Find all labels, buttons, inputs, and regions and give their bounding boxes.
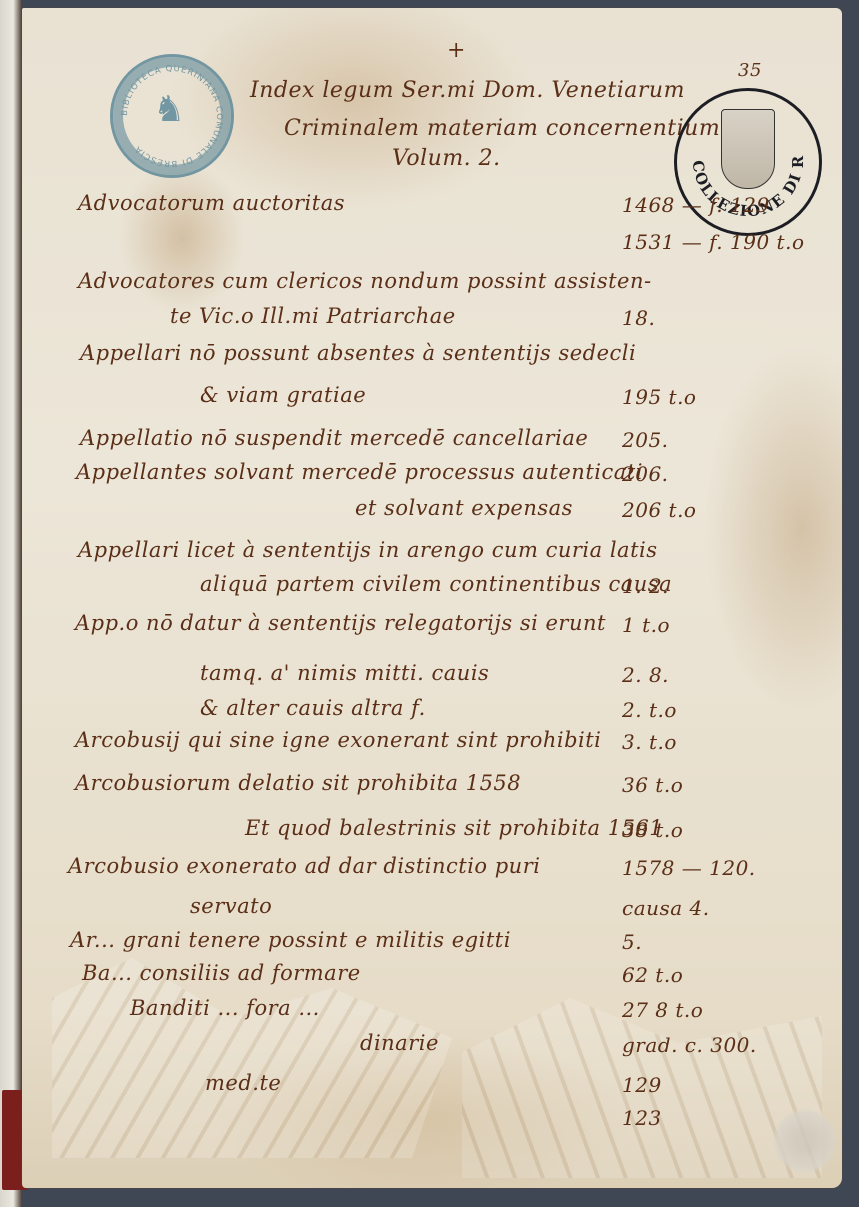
- index-entry-folio-ref: 206 t.o: [622, 498, 696, 522]
- index-entry-text: Arcobusij qui sine igne exonerant sint p…: [75, 728, 601, 752]
- index-entry-folio-ref: 123: [622, 1106, 662, 1130]
- index-entry-text: servato: [190, 894, 272, 918]
- title-line-1: Index legum Ser.mi Dom. Venetiarum: [250, 78, 685, 103]
- index-entry-folio-ref: grad. c. 300.: [622, 1033, 757, 1057]
- index-entry-text: Ar... grani tenere possint e militis egi…: [70, 928, 511, 952]
- paper-damage-left: [52, 958, 452, 1158]
- index-entry-text: Advocatores cum clericos nondum possint …: [78, 269, 652, 293]
- index-entry-folio-ref: 1 t.o: [622, 613, 670, 637]
- index-entry-folio-ref: 2. 8.: [622, 663, 669, 687]
- index-entry-text: & viam gratiae: [200, 383, 366, 407]
- index-entry-folio-ref: causa 4.: [622, 896, 710, 920]
- index-entry-text: Appellantes solvant mercedē processus au…: [76, 460, 643, 484]
- index-entry-text: Arcobusiorum delatio sit prohibita 1558: [75, 771, 521, 795]
- index-entry-text: & alter cauis altra f.: [200, 696, 426, 720]
- index-entry-text: Banditi ... fora ...: [130, 996, 320, 1020]
- index-entry-text: Appellatio nō suspendit mercedē cancella…: [80, 426, 588, 450]
- index-entry-folio-ref: 27 8 t.o: [622, 998, 703, 1022]
- index-entry-folio-ref: 3. t.o: [622, 730, 677, 754]
- header-cross: +: [447, 38, 466, 63]
- library-stamp: BIBLIOTECA QUERINIANA COMUNALE DI BRESCI…: [110, 54, 234, 178]
- blind-embossed-stamp: [772, 1108, 838, 1174]
- index-entry-text: Appellari nō possunt absentes à sententi…: [80, 341, 636, 365]
- index-entry-folio-ref: 62 t.o: [622, 963, 683, 987]
- index-entry-text: Advocatorum auctoritas: [78, 191, 345, 215]
- index-entry-folio-ref: 1531 — f. 190 t.o: [622, 230, 804, 254]
- index-entry-folio-ref: 38 t.o: [622, 818, 683, 842]
- book-binding-edge: [0, 0, 22, 1207]
- index-entry-text: Appellari licet à sententijs in arengo c…: [78, 538, 658, 562]
- index-entry-text: aliquā partem civilem continentibus caus…: [200, 572, 672, 596]
- title-line-2: Criminalem materiam concernentium: [284, 116, 720, 141]
- folio-number: 35: [738, 60, 762, 81]
- index-entry-text: App.o nō datur à sententijs relegatorijs…: [75, 611, 606, 635]
- index-entry-text: med.te: [205, 1071, 281, 1095]
- index-entry-folio-ref: 195 t.o: [622, 385, 696, 409]
- index-entry-text: et solvant expensas: [355, 496, 573, 520]
- index-entry-folio-ref: 2. t.o: [622, 698, 677, 722]
- index-entry-text: Et quod balestrinis sit prohibita 1561: [245, 816, 663, 840]
- index-entry-text: Ba... consiliis ad formare: [82, 961, 361, 985]
- index-entry-text: te Vic.o Ill.mi Patriarchae: [170, 304, 456, 328]
- index-entry-text: dinarie: [360, 1031, 439, 1055]
- index-entry-folio-ref: 1578 — 120.: [622, 856, 756, 880]
- index-entry-folio-ref: 205.: [622, 428, 669, 452]
- index-entry-folio-ref: 129: [622, 1073, 662, 1097]
- index-entry-folio-ref: 5.: [622, 930, 642, 954]
- index-entry-folio-ref: 18.: [622, 306, 655, 330]
- index-entry-text: Arcobusio exonerato ad dar distinctio pu…: [68, 854, 540, 878]
- index-entry-folio-ref: 1468 — f. 129: [622, 193, 770, 217]
- index-entry-text: tamq. a' nimis mitti. cauis: [200, 661, 489, 685]
- lion-emblem-icon: ♞: [153, 89, 185, 130]
- index-entry-folio-ref: 206.: [622, 462, 669, 486]
- index-entry-folio-ref: 36 t.o: [622, 773, 683, 797]
- index-entry-folio-ref: 1. 2.: [622, 574, 669, 598]
- title-line-3: Volum. 2.: [392, 146, 501, 171]
- manuscript-page: + 35 Index legum Ser.mi Dom. Venetiarum …: [22, 8, 842, 1188]
